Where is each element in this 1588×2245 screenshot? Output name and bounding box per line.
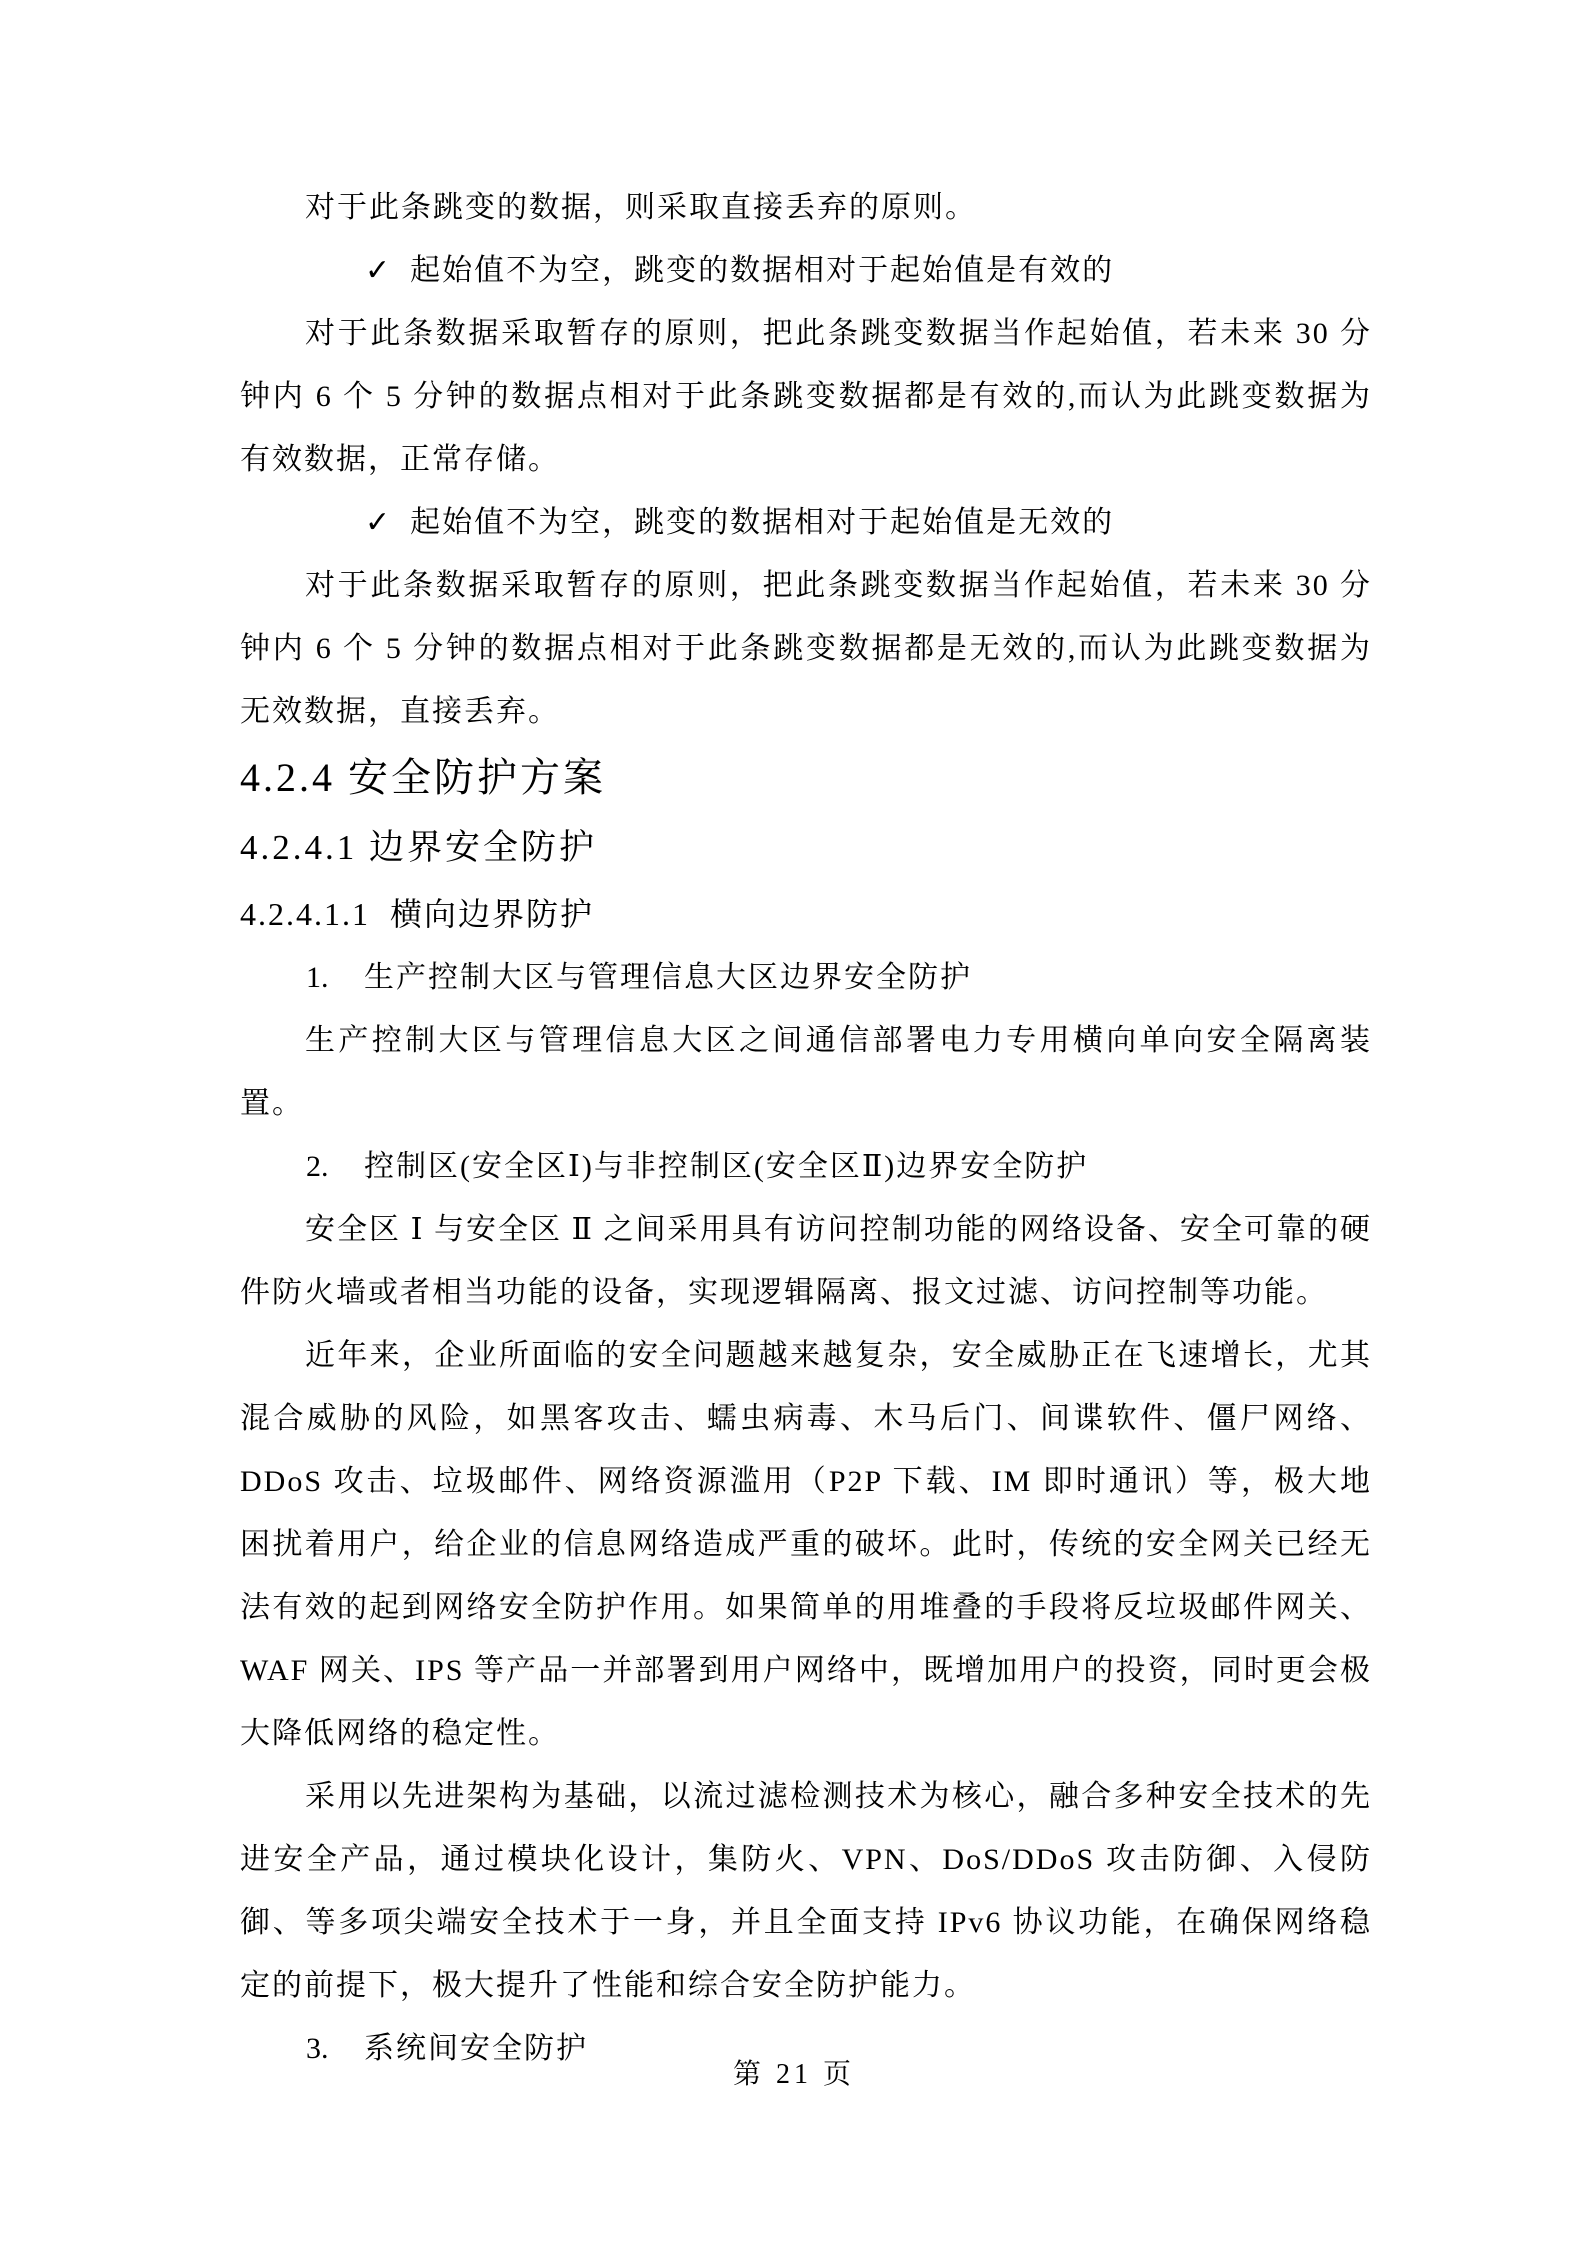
numbered-item-2-text: 控制区(安全区Ⅰ)与非控制区(安全区Ⅱ)边界安全防护: [364, 1150, 1088, 1183]
numbered-item-2: 2.控制区(安全区Ⅰ)与非控制区(安全区Ⅱ)边界安全防护: [306, 1135, 1372, 1198]
paragraph-invalid-handling: 对于此条数据采取暂存的原则，把此条跳变数据当作起始值，若未来 30 分钟内 6 …: [240, 554, 1372, 743]
page-number: 第 21 页: [0, 2058, 1588, 2092]
numbered-item-2-marker: 2.: [306, 1135, 364, 1198]
numbered-item-1-text: 生产控制大区与管理信息大区边界安全防护: [364, 961, 972, 994]
numbered-item-1: 1.生产控制大区与管理信息大区边界安全防护: [306, 946, 1372, 1009]
checklist-item-invalid-text: 起始值不为空，跳变的数据相对于起始值是无效的: [410, 506, 1114, 539]
paragraph-discard-rule: 对于此条跳变的数据，则采取直接丢弃的原则。: [240, 176, 1372, 239]
numbered-item-1-marker: 1.: [306, 946, 364, 1009]
paragraph-zone-firewall: 安全区 Ⅰ 与安全区 Ⅱ 之间采用具有访问控制功能的网络设备、安全可靠的硬件防火…: [240, 1198, 1372, 1324]
paragraph-advanced-architecture: 采用以先进架构为基础，以流过滤检测技术为核心，融合多种安全技术的先进安全产品，通…: [240, 1765, 1372, 2017]
paragraph-threat-landscape: 近年来，企业所面临的安全问题越来越复杂，安全威胁正在飞速增长，尤其混合威胁的风险…: [240, 1324, 1372, 1765]
checklist-item-valid: ✓起始值不为空，跳变的数据相对于起始值是有效的: [365, 239, 1372, 302]
heading-4-2-4-1-1: 4.2.4.1.1 横向边界防护: [240, 883, 1372, 946]
document-body: 对于此条跳变的数据，则采取直接丢弃的原则。 ✓起始值不为空，跳变的数据相对于起始…: [240, 176, 1372, 2080]
checkmark-icon: ✓: [365, 239, 390, 302]
paragraph-isolation-device: 生产控制大区与管理信息大区之间通信部署电力专用横向单向安全隔离装置。: [240, 1009, 1372, 1135]
heading-4-2-4: 4.2.4 安全防护方案: [240, 743, 1372, 813]
checkmark-icon: ✓: [365, 491, 390, 554]
paragraph-valid-handling: 对于此条数据采取暂存的原则，把此条跳变数据当作起始值，若未来 30 分钟内 6 …: [240, 302, 1372, 491]
checklist-item-valid-text: 起始值不为空，跳变的数据相对于起始值是有效的: [410, 254, 1114, 287]
checklist-item-invalid: ✓起始值不为空，跳变的数据相对于起始值是无效的: [365, 491, 1372, 554]
document-page: 对于此条跳变的数据，则采取直接丢弃的原则。 ✓起始值不为空，跳变的数据相对于起始…: [0, 0, 1588, 2245]
heading-4-2-4-1: 4.2.4.1 边界安全防护: [240, 813, 1372, 883]
